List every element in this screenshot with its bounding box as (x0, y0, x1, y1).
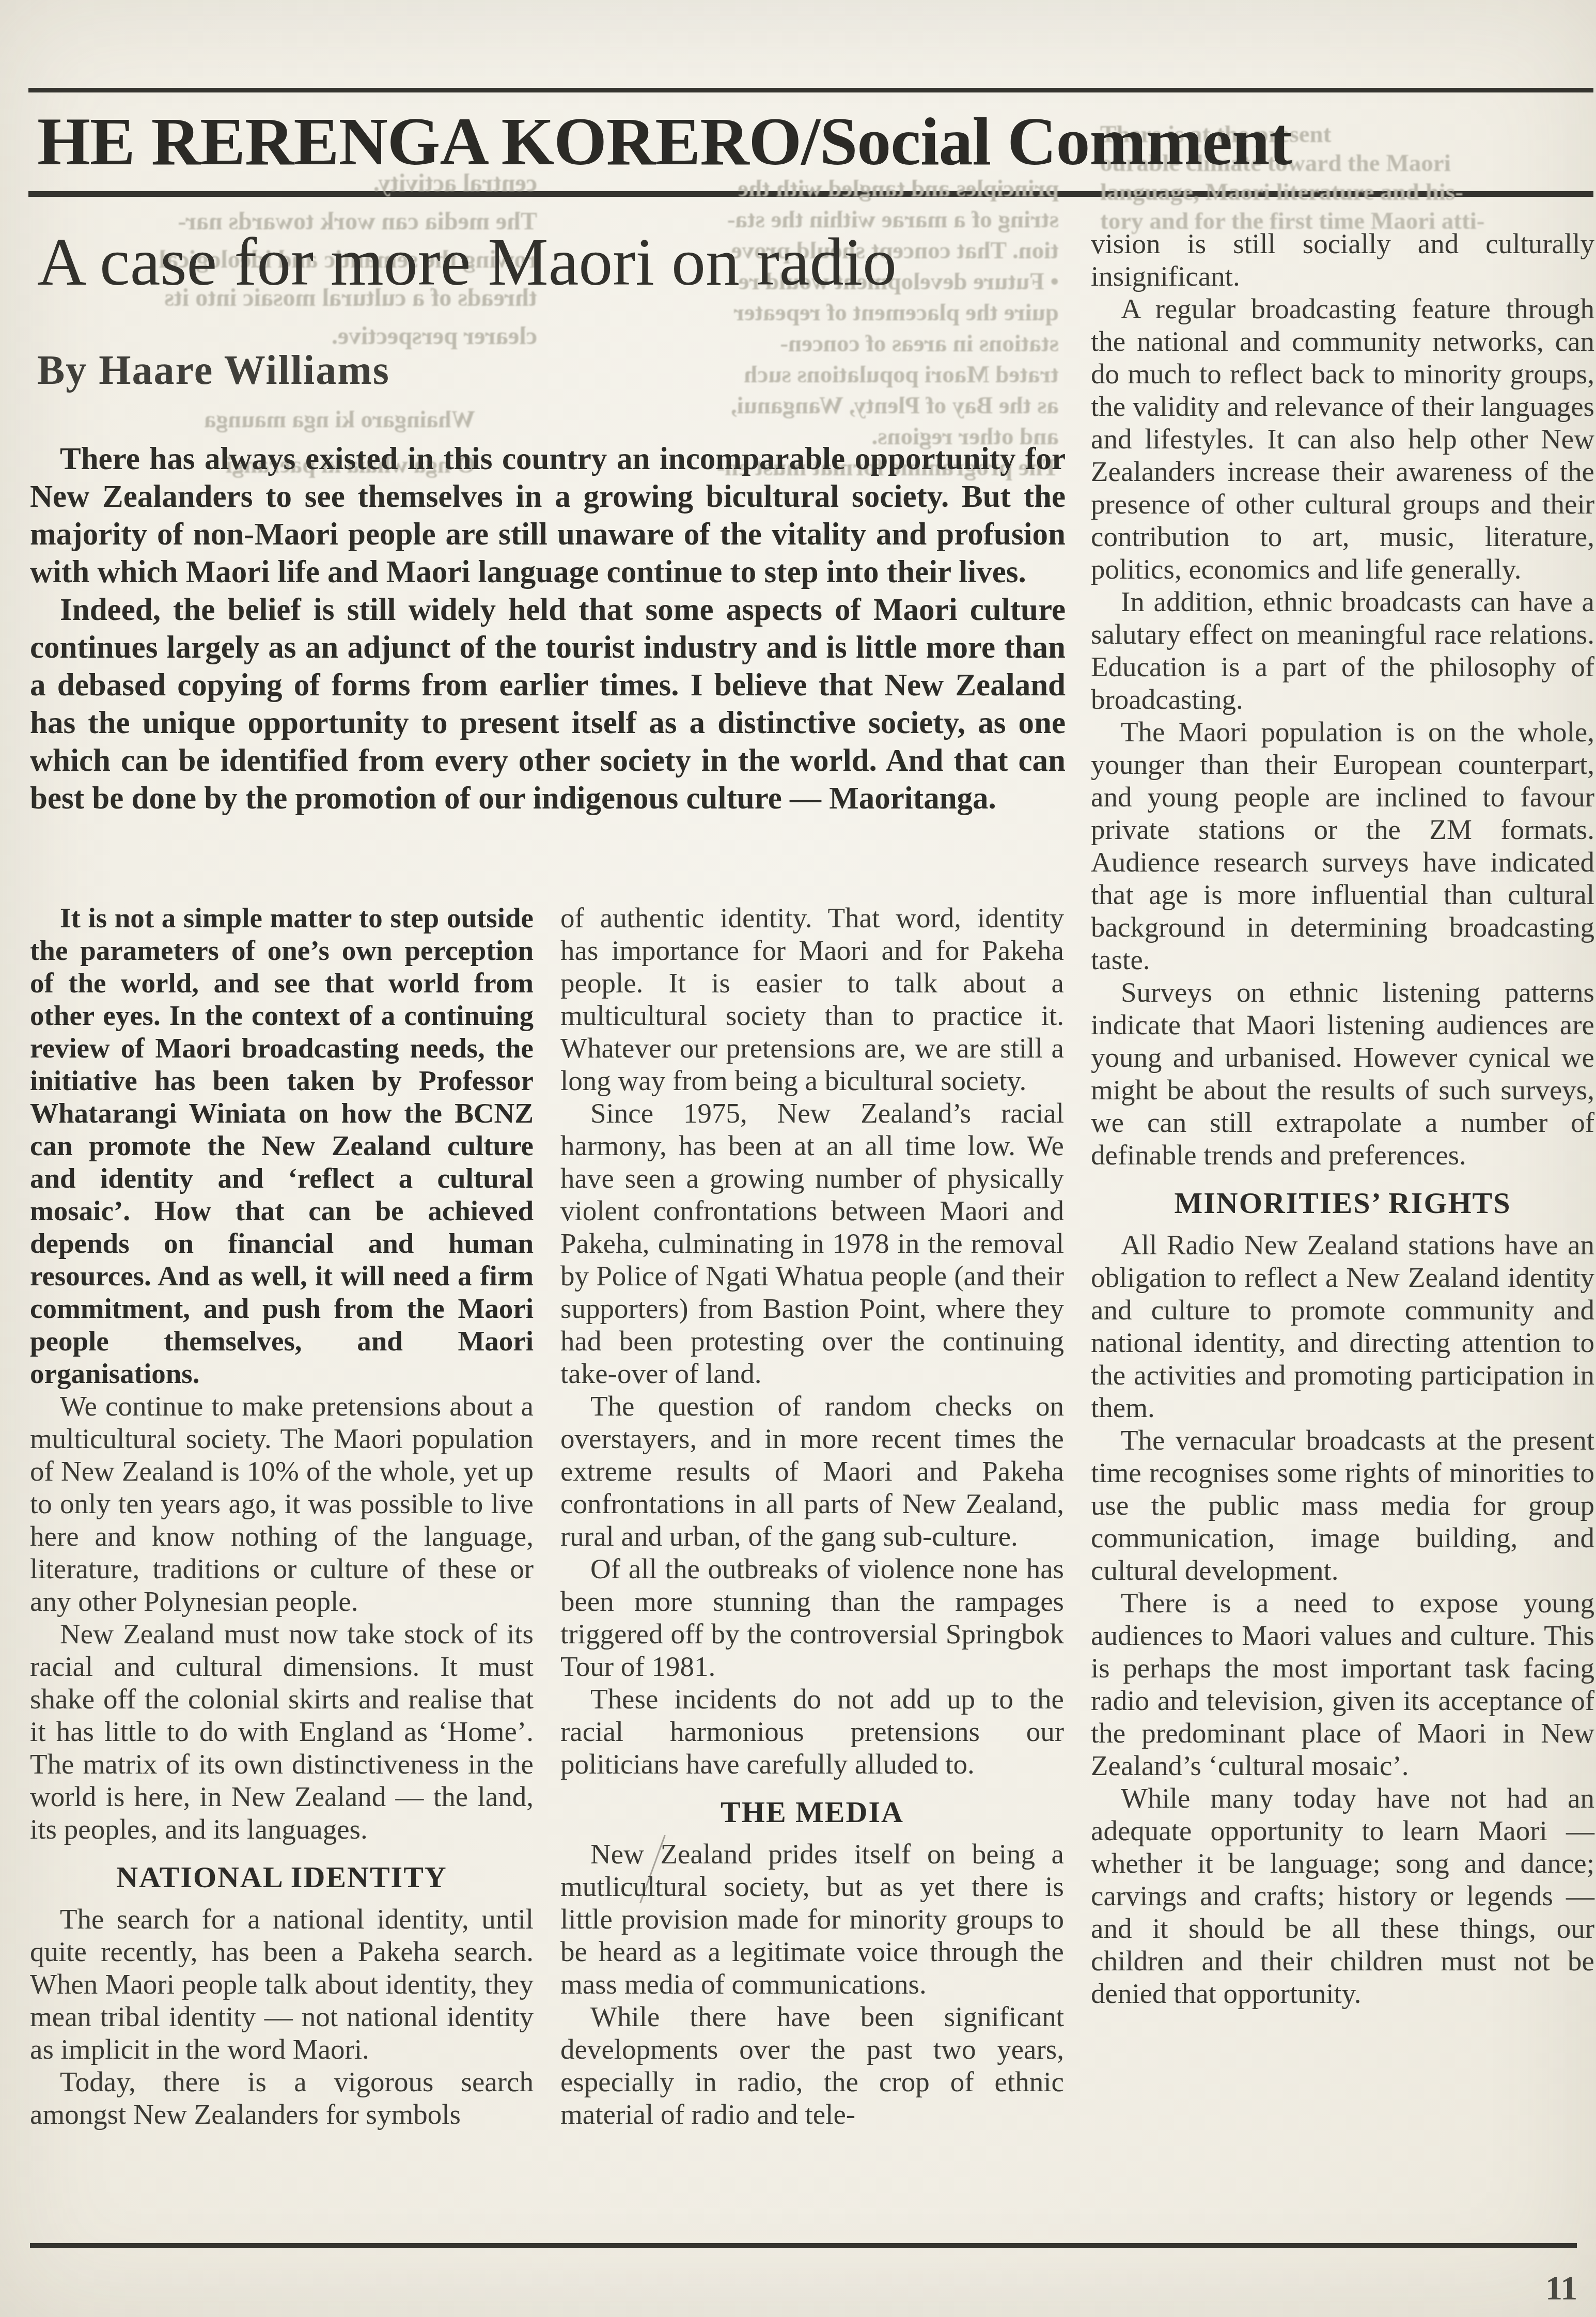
lede-paragraph: There has always existed in this country… (30, 440, 1066, 591)
article-paragraph: of authentic identity. That word, identi… (560, 901, 1064, 1097)
article-paragraph: All Radio New Zealand stations have an o… (1091, 1229, 1594, 1424)
article-lede: There has always existed in this country… (30, 440, 1066, 817)
article-paragraph: There is a need to expose young audience… (1091, 1587, 1594, 1782)
section-heading: THE MEDIA (560, 1796, 1064, 1828)
ghost-text-line: as the Bay of Plenty, Wanganui, (568, 390, 1059, 421)
article-paragraph: Since 1975, New Zealand’s racial harmony… (560, 1097, 1064, 1390)
article-paragraph: It is not a simple matter to step outsid… (30, 901, 534, 1390)
article-paragraph: The search for a national identity, unti… (30, 1903, 534, 2065)
article-paragraph: The question of random checks on oversta… (560, 1390, 1064, 1552)
article-headline: A case for more Maori on radio (37, 226, 897, 298)
lede-paragraph: Indeed, the belief is still widely held … (30, 591, 1066, 817)
section-heading: MINORITIES’ RIGHTS (1091, 1187, 1594, 1219)
article-paragraph: These incidents do not add up to the rac… (560, 1683, 1064, 1780)
article-paragraph: We continue to make pretensions about a … (30, 1390, 534, 1618)
article-paragraph: The Maori population is on the whole, yo… (1091, 716, 1594, 976)
article-byline: By Haare Williams (37, 347, 390, 394)
article-column: It is not a simple matter to step outsid… (30, 901, 534, 2131)
section-heading: NATIONAL IDENTITY (30, 1861, 534, 1893)
ghost-text-line: quire the placement of repeater (568, 297, 1059, 328)
masthead-title: HE RERENGA KORERO/Social Comment (37, 107, 1291, 176)
article-column: vision is still socially and culturally … (1091, 227, 1594, 2010)
ghost-text-line: stations in areas of concen- (568, 328, 1059, 359)
ghost-text-fragment: principles and tangled with thestring of… (568, 173, 1059, 483)
ghost-text-line: language, Maori literature and his- (1100, 178, 1588, 207)
article-paragraph: Today, there is a vigorous search amongs… (30, 2065, 534, 2131)
page-number: 11 (1545, 2269, 1577, 2308)
newspaper-page: central activity.The media can work towa… (0, 0, 1596, 2317)
article-paragraph: While there have been significant develo… (560, 2000, 1064, 2131)
ghost-text-line: Whaingaro ki nga maunga (134, 397, 475, 442)
article-paragraph: Of all the outbreaks of violence none ha… (560, 1552, 1064, 1683)
article-paragraph: In addition, ethnic broadcasts can have … (1091, 585, 1594, 716)
ghost-text-line: trated Maori populations such (568, 359, 1059, 390)
article-column: of authentic identity. That word, identi… (560, 901, 1064, 2131)
article-paragraph: New Zealand must now take stock of its r… (30, 1618, 534, 1845)
article-paragraph: A regular broadcasting feature through t… (1091, 292, 1594, 585)
article-paragraph: While many today have not had an adequat… (1091, 1782, 1594, 2010)
article-paragraph: Surveys on ethnic listening patterns ind… (1091, 976, 1594, 1171)
article-paragraph: The vernacular broadcasts at the present… (1091, 1424, 1594, 1587)
article-paragraph: vision is still socially and culturally … (1091, 227, 1594, 292)
article-paragraph: New Zealand prides itself on being a mut… (560, 1838, 1064, 2000)
